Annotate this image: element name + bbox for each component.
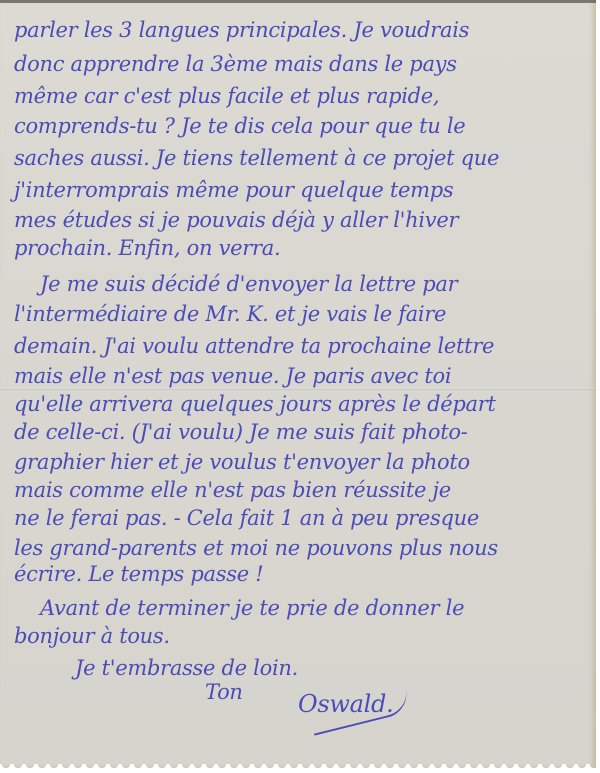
letter-line: prochain. Enfin, on verra. (14, 236, 280, 260)
letter-line: mais elle n'est pas venue. Je paris avec… (14, 364, 451, 388)
letter-line: demain. J'ai voulu attendre ta prochaine… (14, 334, 494, 358)
letter-line: mais comme elle n'est pas bien réussite … (14, 478, 451, 502)
letter-page: parler les 3 langues principales. Je vou… (0, 0, 596, 768)
letter-line: mes études si je pouvais déjà y aller l'… (14, 208, 458, 232)
letter-line: graphier hier et je voulus t'envoyer la … (14, 450, 470, 474)
closing-ton: Ton (205, 680, 243, 704)
letter-line: Avant de terminer je te prie de donner l… (40, 596, 464, 620)
letter-line: les grand-parents et moi ne pouvons plus… (14, 536, 498, 560)
letter-line: parler les 3 langues principales. Je vou… (14, 18, 469, 42)
letter-line: même car c'est plus facile et plus rapid… (14, 84, 439, 108)
letter-line: saches aussi. Je tiens tellement à ce pr… (14, 146, 499, 170)
letter-line: qu'elle arrivera quelques jours après le… (14, 392, 496, 416)
letter-line: donc apprendre la 3ème mais dans le pays (14, 52, 457, 76)
letter-line: ne le ferai pas. - Cela fait 1 an à peu … (14, 506, 479, 530)
letter-line: bonjour à tous. (14, 624, 170, 648)
letter-line: Je me suis décidé d'envoyer la lettre pa… (40, 272, 457, 296)
letter-line: j'interromprais même pour quelque temps (14, 178, 453, 202)
letter-line: de celle-ci. (J'ai voulu) Je me suis fai… (14, 420, 467, 444)
letter-line: comprends-tu ? Je te dis cela pour que t… (14, 114, 465, 138)
letter-line: écrire. Le temps passe ! (14, 562, 263, 586)
page-top-edge (0, 0, 596, 3)
closing-greeting: Je t'embrasse de loin. (75, 656, 298, 680)
letter-line: l'intermédiaire de Mr. K. et je vais le … (14, 302, 446, 326)
